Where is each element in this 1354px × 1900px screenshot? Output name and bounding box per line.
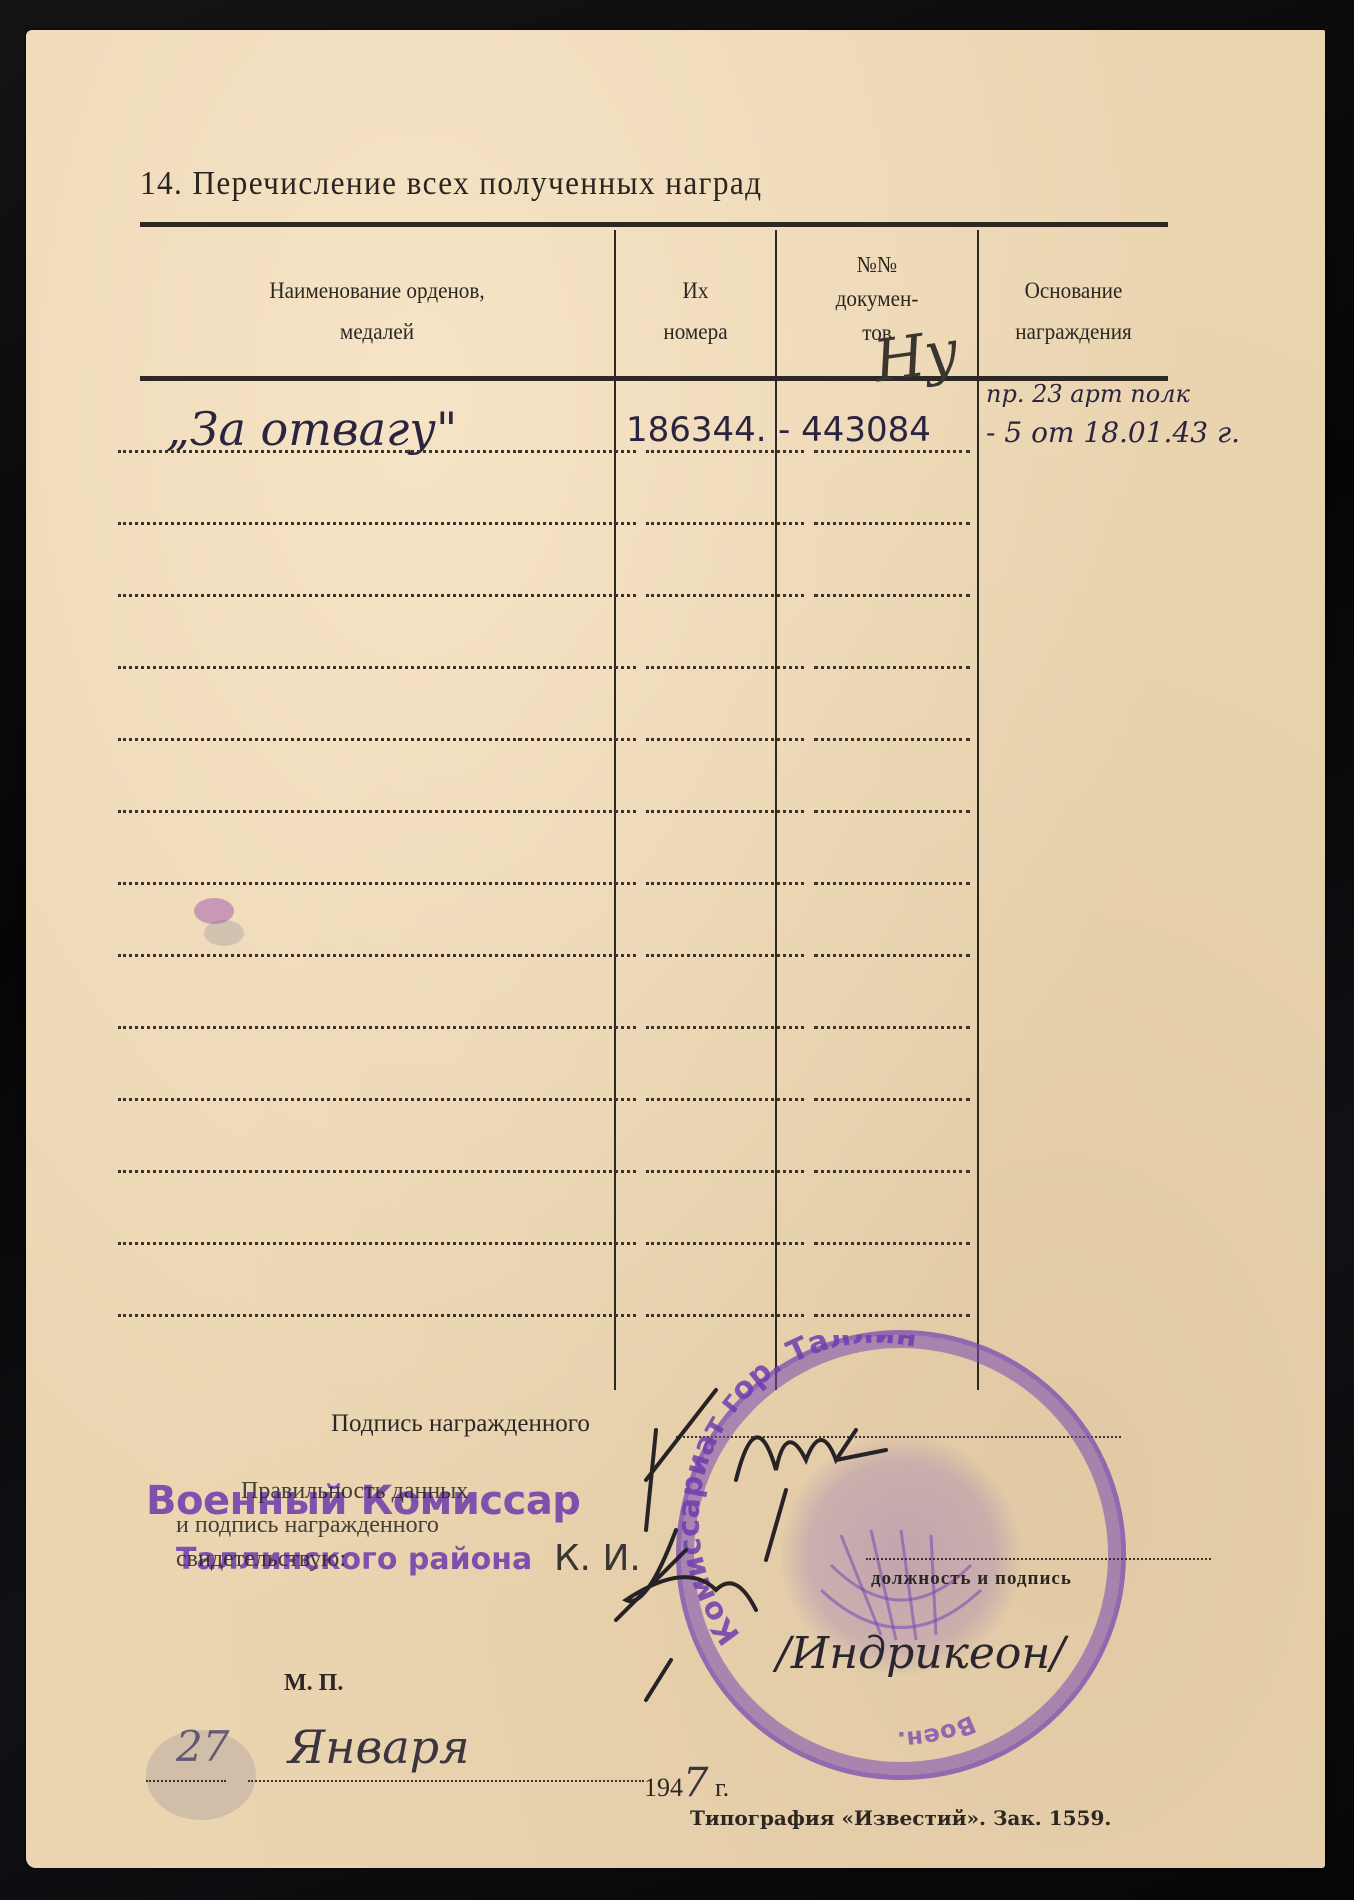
table-row-line xyxy=(518,882,636,885)
table-row-line xyxy=(646,882,804,885)
position-signature-line xyxy=(866,1558,1211,1560)
table-row-line xyxy=(814,1026,970,1029)
document-page: 14. Перечисление всех полученных наград … xyxy=(26,30,1325,1868)
recipient-signature-label: Подпись награжденного xyxy=(331,1410,590,1438)
date-day-line xyxy=(146,1780,226,1782)
position-signature-label: должность и подпись xyxy=(871,1568,1072,1590)
table-row-line xyxy=(518,1314,636,1317)
table-row-line xyxy=(814,594,970,597)
table-row-line xyxy=(646,450,804,453)
date-day: 27 xyxy=(176,1722,229,1771)
table-row-line xyxy=(518,810,636,813)
award-basis-line1: пр. 23 арт полк xyxy=(986,380,1190,408)
header-award-number: Их номера xyxy=(622,270,768,352)
header-award-basis: Основание награждения xyxy=(987,270,1161,352)
header-initials: Ну xyxy=(870,316,963,395)
table-row-line xyxy=(814,1242,970,1245)
section-title: 14. Перечисление всех полученных наград xyxy=(140,165,762,203)
table-row-line xyxy=(646,666,804,669)
table-row-line xyxy=(646,1314,804,1317)
table-row-line xyxy=(518,594,636,597)
table-row-line xyxy=(814,810,970,813)
date-year-prefix: 194 xyxy=(644,1773,683,1802)
official-signature-name: /Индрикеон/ xyxy=(776,1628,1065,1679)
header-award-name: Наименование орденов, медалей xyxy=(159,270,595,352)
table-row-line xyxy=(518,954,636,957)
table-row-line xyxy=(814,1170,970,1173)
table-row-line xyxy=(814,666,970,669)
date-year-unit: г. xyxy=(715,1773,729,1802)
document-number-cell: - 443084 xyxy=(778,410,931,450)
table-row-line xyxy=(814,1098,970,1101)
table-row-line xyxy=(814,954,970,957)
certification-line1: Правильность данных xyxy=(241,1478,468,1505)
table-top-rule xyxy=(140,222,1168,227)
table-row-line xyxy=(646,1242,804,1245)
table-row-line xyxy=(814,1314,970,1317)
table-row-line xyxy=(646,738,804,741)
certification-line3: свидетельствую: xyxy=(176,1546,346,1573)
table-row-line xyxy=(814,738,970,741)
table-row-line xyxy=(518,1098,636,1101)
table-row-line xyxy=(814,450,970,453)
date-year-suffix: 7 xyxy=(683,1760,708,1806)
table-row-line xyxy=(646,522,804,525)
table-row-line xyxy=(646,594,804,597)
table-row-line xyxy=(518,1026,636,1029)
table-row-line xyxy=(518,1170,636,1173)
table-row-line xyxy=(518,1242,636,1245)
table-row-line xyxy=(646,810,804,813)
column-divider-3 xyxy=(977,230,979,1390)
certification-line2: и подпись награжденного xyxy=(176,1512,439,1539)
table-row-line xyxy=(646,1170,804,1173)
table-row-line xyxy=(646,954,804,957)
award-name-cell: „За отвагу" xyxy=(166,402,457,456)
table-row-line xyxy=(646,1098,804,1101)
stamp-place-label: М. П. xyxy=(284,1670,343,1697)
date-month: Января xyxy=(288,1720,470,1774)
table-row-line xyxy=(518,738,636,741)
printer-imprint: Типография «Известий». Зак. 1559. xyxy=(690,1806,1111,1830)
date-year: 1947 г. xyxy=(644,1760,729,1806)
table-row-line xyxy=(518,450,636,453)
table-row-line xyxy=(518,666,636,669)
table-row-line xyxy=(814,522,970,525)
table-row-line xyxy=(646,1026,804,1029)
ink-smudge xyxy=(204,920,244,946)
table-row-line xyxy=(518,522,636,525)
date-month-line xyxy=(248,1780,644,1782)
award-basis-line2: - 5 от 18.01.43 г. xyxy=(986,416,1240,449)
table-row-line xyxy=(814,882,970,885)
award-number-cell: 186344. xyxy=(626,410,767,450)
